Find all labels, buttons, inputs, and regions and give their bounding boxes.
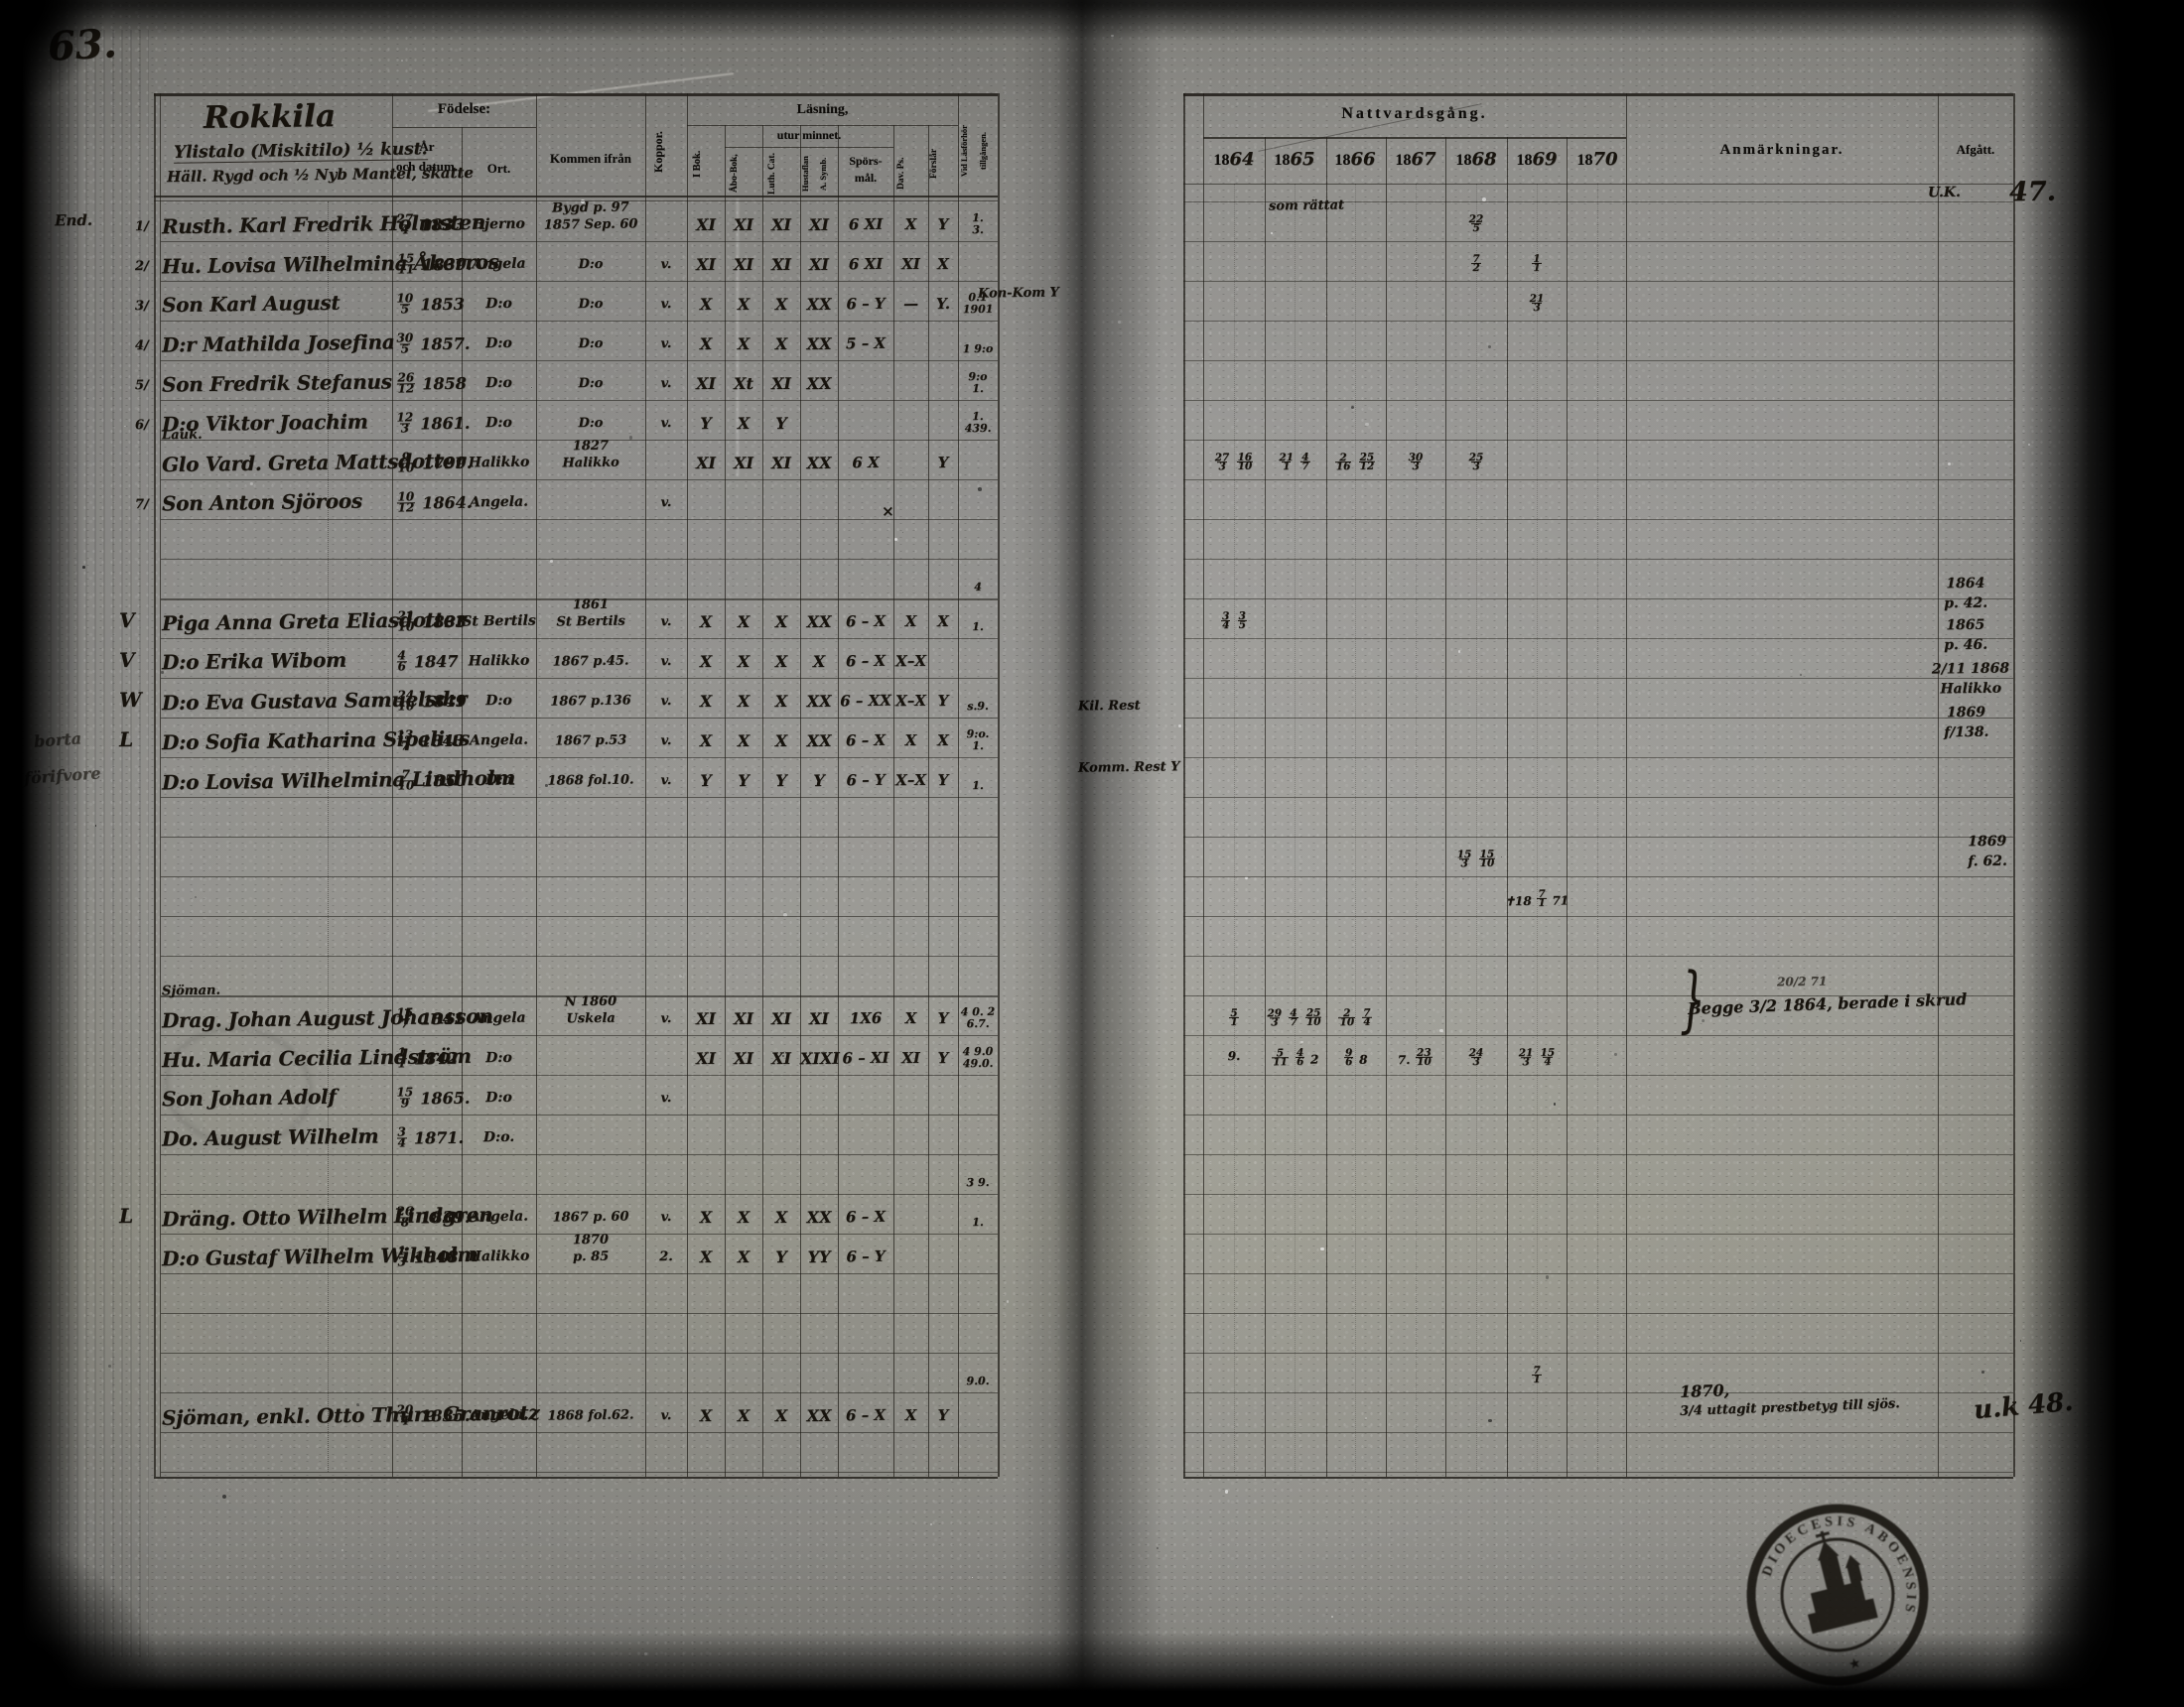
reading-mark: Y <box>928 771 958 789</box>
arrival-script: D:o <box>536 374 645 393</box>
reading-mark: Y <box>687 771 725 791</box>
communion-date-script: 34 35 <box>1200 612 1268 631</box>
reading-mark: Y <box>928 692 958 710</box>
reading-mark: 6 – XX <box>838 692 893 711</box>
smallpox-mark: v. <box>645 336 687 352</box>
column-line <box>800 125 801 1477</box>
reading-mark: Y. <box>928 295 958 313</box>
reading-mark: XX <box>800 612 838 632</box>
ruled-line <box>1183 440 2013 441</box>
ruled-line <box>161 1273 998 1274</box>
row-name-script: Son Karl August <box>162 291 341 318</box>
dust-speck <box>195 896 197 898</box>
reading-mark: X <box>893 215 928 233</box>
reading-mark: XI <box>762 215 800 235</box>
birth-date-script: 274 1833 <box>395 214 465 235</box>
reading-mark: XI <box>762 374 800 394</box>
dust-speck <box>1554 1103 1556 1105</box>
dust-speck <box>1800 674 1802 676</box>
dust-speck <box>1351 406 1354 409</box>
ruled-line <box>161 1154 998 1155</box>
birthplace-script: Bjerno <box>462 215 536 232</box>
reading-mark: X <box>725 1247 762 1267</box>
note-script: borta <box>33 728 81 750</box>
ruled-line <box>161 718 998 719</box>
header-anmarkningar: Anmärkningar. <box>1626 142 1938 159</box>
reading-mark: 6 – XI <box>838 1049 893 1068</box>
ruled-line <box>1183 1432 2013 1433</box>
birth-date-script: 105 1853 <box>395 294 465 315</box>
ruled-line <box>161 1472 998 1473</box>
birth-date-script: 159 1865. <box>395 1087 471 1108</box>
smallpox-mark: v. <box>645 297 687 313</box>
reading-mark: XI <box>725 454 762 473</box>
ruled-line <box>161 360 998 361</box>
ruled-line <box>1183 1154 2013 1155</box>
tally-script: 4 <box>955 582 1001 594</box>
communion-date-script: 96 8 <box>1321 1049 1389 1068</box>
ruled-line <box>1183 559 2013 560</box>
ruled-line <box>161 400 998 401</box>
reading-mark: XI <box>687 374 725 394</box>
ruled-line <box>161 837 998 838</box>
header-sporsmal-2: mål. <box>838 171 893 186</box>
reading-mark: XI <box>725 255 762 275</box>
ruled-line <box>1183 1313 2013 1314</box>
reading-mark: 6 – Y <box>838 295 893 314</box>
row-number: 3/ <box>135 299 149 314</box>
reading-mark: X <box>928 612 958 630</box>
smallpox-mark: v. <box>645 495 687 511</box>
tally-script: 1. <box>955 1217 1001 1230</box>
communion-date-script: 225 <box>1442 215 1510 234</box>
reading-mark: XI <box>687 1049 725 1069</box>
ruled-line <box>1183 916 2013 917</box>
dotted-guide-line <box>1416 184 1417 1472</box>
afgatt-note-script: 1865 p. 46. <box>1944 615 1987 656</box>
header-nattvardsgang: Nattvardsgång. <box>1203 105 1626 123</box>
reading-mark: Y <box>928 454 958 471</box>
row-number: 5/ <box>135 378 149 393</box>
reading-mark: XIXI <box>800 1049 838 1069</box>
reading-mark: 6 – X <box>838 612 893 631</box>
birthplace-script: D:o <box>462 414 536 431</box>
dust-speck <box>222 1495 226 1499</box>
smallpox-mark: v. <box>645 1011 687 1027</box>
birth-date-script: 11 1842 <box>395 1048 459 1069</box>
reading-mark: XI <box>687 215 725 235</box>
ruled-line <box>1183 93 2013 96</box>
ruled-line <box>161 1194 998 1195</box>
afgatt-note-script: 1869 f. 62. <box>1968 832 2007 872</box>
communion-date-script: ✝18 71 71 <box>1503 890 1570 909</box>
ruled-line <box>161 916 998 917</box>
reading-mark: X <box>762 334 800 354</box>
ruled-line <box>154 93 998 96</box>
reading-mark: YY <box>800 1247 838 1267</box>
ruled-line <box>1183 797 2013 798</box>
reading-mark: 6 X <box>838 454 893 472</box>
dust-speck <box>1861 449 1862 450</box>
column-line <box>1626 93 1627 1477</box>
reading-mark: X <box>687 692 725 712</box>
column-line <box>1567 137 1568 1477</box>
reading-mark: Y <box>725 771 762 791</box>
reading-mark: X <box>725 295 762 315</box>
column-line <box>160 93 161 1477</box>
arrival-script: D:o <box>536 414 645 433</box>
anmarkning-script: 1870, <box>1680 1380 1730 1401</box>
communion-date-script: 9. <box>1200 1049 1268 1064</box>
dust-speck <box>1320 1247 1323 1250</box>
row-pre-label-script: Sjöman. <box>162 984 220 999</box>
communion-date-script: 243 <box>1442 1049 1510 1068</box>
header-koppor: Koppor. <box>651 107 681 197</box>
ruled-line <box>725 147 893 148</box>
row-margin-mark: L <box>119 1204 133 1228</box>
smallpox-mark: v. <box>645 1210 687 1226</box>
smallpox-mark: v. <box>645 773 687 789</box>
reading-mark: 6 XI <box>838 215 893 234</box>
note-script: Kil. Rest <box>1078 699 1141 715</box>
birth-date-script: 2612 1858 <box>395 372 467 393</box>
birth-date-script: 268 1839. <box>395 1206 471 1227</box>
birth-date-script: 204 1835. <box>395 1404 471 1425</box>
reading-mark: X <box>893 1406 928 1424</box>
dust-speck <box>550 560 553 563</box>
birthplace-script: D:o <box>462 334 536 351</box>
communion-date-script: 51 <box>1200 1009 1268 1028</box>
arrival-script: 1867 p.45. <box>536 652 645 671</box>
ruled-line <box>161 757 998 758</box>
communion-date-script: 253 <box>1442 454 1510 472</box>
reading-mark: — <box>893 295 928 313</box>
reading-mark: X <box>687 612 725 632</box>
year-label: 1866 <box>1325 149 1385 170</box>
reading-mark: X <box>762 692 800 712</box>
ruled-line <box>161 479 998 480</box>
smallpox-mark: v. <box>645 376 687 392</box>
birthplace-script: D:o. <box>462 1128 536 1145</box>
year-label: 1870 <box>1568 149 1627 170</box>
reading-mark: X <box>687 731 725 751</box>
birthplace-script: D:o <box>462 771 536 788</box>
row-margin-mark: V <box>119 648 135 672</box>
row-margin-mark: W <box>119 688 142 712</box>
reading-mark: XX <box>800 454 838 473</box>
header-luth-cat: Luth. Cat. <box>767 150 795 197</box>
ruled-line <box>1183 757 2013 758</box>
header-ar-datum: och datum. <box>380 159 474 175</box>
dust-speck <box>1439 1029 1443 1033</box>
smallpox-mark: v. <box>645 257 687 273</box>
ruled-line <box>687 125 958 126</box>
communion-date-script: 216 2512 <box>1321 454 1389 472</box>
ruled-line <box>161 559 998 560</box>
anmarkning-script: 20/2 71 <box>1777 975 1828 989</box>
birthplace-script: D:o <box>462 295 536 312</box>
birthplace-script: Halikko <box>462 454 536 470</box>
ruled-line <box>1183 241 2013 242</box>
reading-mark: X <box>762 295 800 315</box>
ruled-line <box>1183 1392 2013 1393</box>
reading-mark: 6 – X <box>838 1208 893 1227</box>
reading-mark: XI <box>687 454 725 473</box>
dust-speck <box>401 60 403 62</box>
column-line <box>1938 93 1939 1477</box>
page-number-left: 63. <box>47 20 118 70</box>
birthplace-script: Angela. <box>462 1406 536 1423</box>
ruled-line <box>1183 281 2013 282</box>
reading-mark: X <box>687 652 725 672</box>
row-number: 1/ <box>135 219 149 234</box>
communion-date-script: 303 <box>1382 454 1449 472</box>
dust-speck <box>1488 1419 1491 1422</box>
ruled-line <box>1183 184 2013 185</box>
dust-speck <box>1118 321 1121 324</box>
ruled-line <box>161 797 998 798</box>
reading-mark: X <box>687 1247 725 1267</box>
birthplace-script: St Bertils <box>462 612 536 629</box>
stamp-bottom-star: ★ <box>1847 1656 1863 1674</box>
tally-script: 4 9.0 49.0. <box>955 1046 1001 1071</box>
ruled-line <box>161 1313 998 1314</box>
birthplace-script: D:o <box>462 1089 536 1106</box>
column-line <box>1203 93 1204 1477</box>
ruled-line <box>161 956 998 957</box>
birthplace-script: Angela <box>462 255 536 272</box>
communion-date-script: 72 <box>1442 255 1510 274</box>
arrival-script: D:o <box>536 334 645 353</box>
reading-mark: XI <box>687 1009 725 1029</box>
arrival-script: 1827 Halikko <box>536 437 645 472</box>
tally-script: 1. <box>955 621 1001 634</box>
communion-date-script: 11 <box>1503 255 1570 274</box>
year-label: 1869 <box>1507 149 1567 170</box>
arrival-script: 1867 p.136 <box>536 692 645 711</box>
tally-script: s.9. <box>955 701 1001 714</box>
reading-mark: X <box>725 612 762 632</box>
dust-speck <box>1178 724 1181 727</box>
header-ort: Ort. <box>462 161 536 177</box>
ruled-line <box>154 1477 998 1479</box>
reading-mark: 1X6 <box>838 1009 893 1028</box>
note-script: Kon-Kom Y <box>978 285 1059 301</box>
header-tillgangen: Vid Läsförhör <box>959 101 978 200</box>
row-number: 7/ <box>135 497 149 512</box>
reading-mark: X–X <box>893 652 928 670</box>
birth-date-script: 13 1848 <box>395 1247 459 1267</box>
column-line <box>838 125 839 1477</box>
ruled-line <box>161 1075 998 1076</box>
header-lasning: Läsning, <box>687 102 958 118</box>
reading-mark: X <box>725 1208 762 1228</box>
reading-mark: XX <box>800 1208 838 1228</box>
year-label: 1864 <box>1204 149 1264 170</box>
reading-mark: 6 – X <box>838 731 893 750</box>
ruled-line <box>1183 321 2013 322</box>
dotted-guide-line <box>1597 184 1598 1472</box>
ruled-line <box>1183 876 2013 877</box>
dust-speck <box>108 1365 111 1368</box>
dust-speck <box>1271 232 1272 233</box>
reading-mark: XX <box>800 334 838 354</box>
row-margin-mark: V <box>119 608 135 632</box>
page-number-right: 47. <box>2009 177 2056 208</box>
column-line <box>2013 93 2015 1477</box>
header-i-bok: I Bok. <box>692 131 720 197</box>
reading-mark: X–X <box>893 692 928 710</box>
reading-mark: X <box>687 295 725 315</box>
arrival-script: D:o <box>536 295 645 314</box>
reading-mark: X <box>893 731 928 749</box>
ruled-line <box>161 241 998 242</box>
dust-speck <box>894 538 897 541</box>
reading-mark: X <box>762 1208 800 1228</box>
dust-speck <box>978 487 982 491</box>
note-script: × <box>882 502 894 520</box>
header-afgatt: Afgått. <box>1938 142 2013 158</box>
column-line <box>154 93 156 1477</box>
birthplace-script: D:o <box>462 1049 536 1066</box>
birth-date-script: 305 1857. <box>395 332 471 353</box>
birth-date-script: 157 1841 <box>395 1008 465 1029</box>
smallpox-mark: v. <box>645 733 687 749</box>
reading-mark: Y <box>762 771 800 791</box>
year-label: 1865 <box>1265 149 1324 170</box>
afgatt-note-script: U.K. <box>1928 183 1961 202</box>
reading-mark: XI <box>800 215 838 235</box>
reading-mark: XI <box>800 1009 838 1029</box>
reading-mark: XI <box>687 255 725 275</box>
header-hustaflan: Hustaflan <box>800 150 819 197</box>
tally-script: 1. <box>955 780 1001 793</box>
ruled-line <box>1183 400 2013 401</box>
reading-mark: 6 – X <box>838 1406 893 1425</box>
ruled-line <box>1183 1234 2013 1235</box>
reading-mark: X <box>687 1208 725 1228</box>
reading-mark: Y <box>687 414 725 434</box>
row-number: 2/ <box>135 259 149 274</box>
dust-speck <box>972 1577 973 1578</box>
dust-speck <box>1331 1616 1333 1618</box>
reading-mark: X <box>725 334 762 354</box>
reading-mark: X–X <box>893 771 928 789</box>
tally-script: 3 9. <box>955 1177 1001 1190</box>
header-abo-bok: Åbo-Bok, <box>730 150 757 197</box>
header-sporsmal: Spörs- <box>838 154 893 169</box>
reading-mark: Xt <box>725 374 762 394</box>
afgatt-note-script: 1864 p. 42. <box>1944 574 1987 614</box>
tally-script: 1 9:o <box>955 343 1001 356</box>
ruled-line <box>1183 1353 2013 1354</box>
dust-speck <box>1365 423 1368 426</box>
afgatt-note-script: 1869 f/138. <box>1944 703 1989 743</box>
reading-mark: X <box>928 731 958 749</box>
dust-speck <box>341 1549 343 1551</box>
reading-mark: X <box>762 1406 800 1426</box>
tally-script: 4 0. 2 6.7. <box>955 1006 1001 1031</box>
communion-date-script: 210 74 <box>1321 1009 1389 1028</box>
ruled-line <box>1183 956 2013 957</box>
arrival-script: Bygd p. 97 1857 Sep. 60 <box>536 198 645 234</box>
birth-date-script: 2110 1833 <box>395 610 467 631</box>
smallpox-mark: v. <box>645 416 687 432</box>
dotted-guide-line <box>1295 184 1296 1472</box>
ruled-line <box>161 281 998 282</box>
birthplace-script: Halikko <box>462 1247 536 1264</box>
reading-mark: XX <box>800 374 838 394</box>
birthplace-script: D:o <box>462 374 536 391</box>
note-script: Komm. Rest Y <box>1078 759 1180 775</box>
dust-speck <box>930 1523 931 1524</box>
row-name-script: Son Anton Sjöroos <box>162 489 362 516</box>
tally-script: 9:o 1. <box>955 371 1001 396</box>
ruled-line <box>1183 718 2013 719</box>
dust-speck <box>1462 878 1463 879</box>
row-number: 4/ <box>135 338 149 353</box>
communion-date-script: 213 <box>1503 295 1570 314</box>
communion-date-script: 153 1510 <box>1442 851 1510 869</box>
birthplace-script: Angela. <box>462 493 536 510</box>
arrival-script: 1867 p. 60 <box>536 1208 645 1227</box>
header-forslar: Förslår <box>929 132 957 196</box>
reading-mark: X <box>800 652 838 672</box>
ruled-line <box>1183 1194 2013 1195</box>
reading-mark: 5 – X <box>838 334 893 353</box>
reading-mark: 6 XI <box>838 255 893 274</box>
smallpox-mark: v. <box>645 1408 687 1424</box>
note-script: som rättat <box>1269 197 1344 213</box>
column-line <box>893 125 894 1477</box>
tally-script: 1. 439. <box>955 411 1001 436</box>
smallpox-mark: v. <box>645 1091 687 1107</box>
birth-date-script: 2410 1849 <box>395 690 467 711</box>
header-tillgangen-2: tillgången. <box>978 101 997 200</box>
dust-speck <box>1948 462 1951 465</box>
reading-mark: XX <box>800 1406 838 1426</box>
row-name-script: D:r Mathilda Josefina <box>162 329 395 356</box>
column-line <box>1507 137 1508 1477</box>
birthplace-script: Angela. <box>462 1208 536 1225</box>
birth-date-script: 910 1799. <box>395 452 473 472</box>
ruled-line <box>161 1392 998 1393</box>
communion-date-script: 213 154 <box>1503 1049 1570 1068</box>
reading-mark: XI <box>893 255 928 273</box>
header-a-symb: A. Symb. <box>818 150 837 197</box>
birth-date-script: 46 1847 <box>395 651 459 672</box>
dust-speck <box>250 482 252 484</box>
ruled-line <box>1183 1075 2013 1076</box>
reading-mark: XI <box>725 1009 762 1029</box>
arrival-script: 1867 p.53 <box>536 731 645 750</box>
column-line <box>1265 137 1266 1477</box>
ruled-line <box>1183 1035 2013 1036</box>
afgatt-note-script: 2/11 1868 Halikko <box>1932 658 2010 699</box>
reading-mark: XI <box>800 255 838 275</box>
dust-speck <box>1614 1053 1616 1055</box>
ruled-line <box>161 638 998 639</box>
row-margin-mark: L <box>119 727 133 751</box>
arrival-script: D:o <box>536 255 645 274</box>
dotted-guide-line <box>1476 184 1477 1472</box>
reading-mark: X <box>725 414 762 434</box>
reading-mark: XX <box>800 692 838 712</box>
communion-date-script: 71 <box>1503 1367 1570 1385</box>
birthplace-script: Angela <box>462 1009 536 1026</box>
reading-mark: XX <box>800 731 838 751</box>
birth-date-script: 1511 1839. <box>395 253 473 274</box>
